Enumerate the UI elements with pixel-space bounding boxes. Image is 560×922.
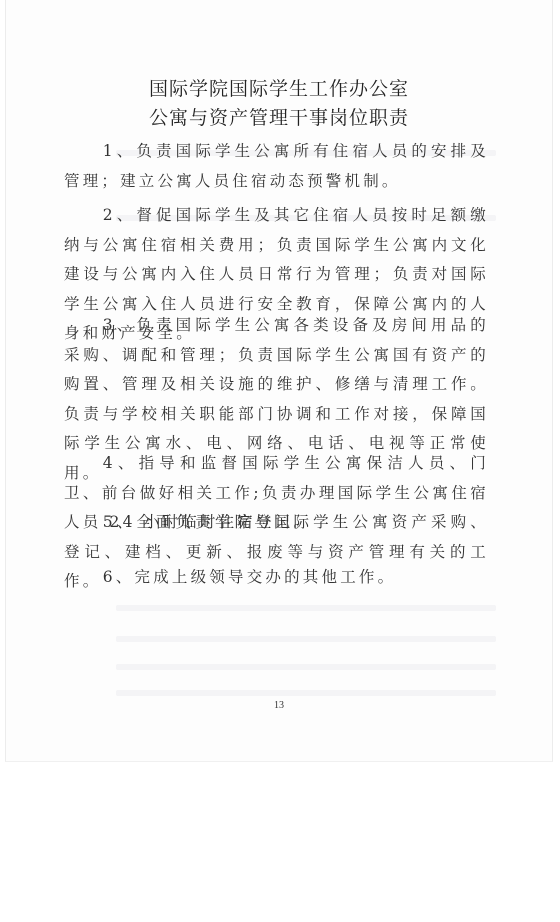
bleed-through-text [116,690,496,696]
duty-paragraph-1: 1、负责国际学生公寓所有住宿人员的安排及管理；建立公寓人员住宿动态预警机制。 [64,137,489,196]
bleed-through-text [116,664,496,670]
page-number: 13 [6,700,552,711]
document-title-line-1: 国际学院国际学生工作办公室 [6,74,552,101]
scanned-page: 国际学院国际学生工作办公室 公寓与资产管理干事岗位职责 1、负责国际学生公寓所有… [5,0,553,762]
document-title-line-2: 公寓与资产管理干事岗位职责 [6,103,552,130]
duty-paragraph-6: 6、完成上级领导交办的其他工作。 [64,563,489,593]
bleed-through-text [116,605,496,611]
bleed-through-text [116,636,496,642]
